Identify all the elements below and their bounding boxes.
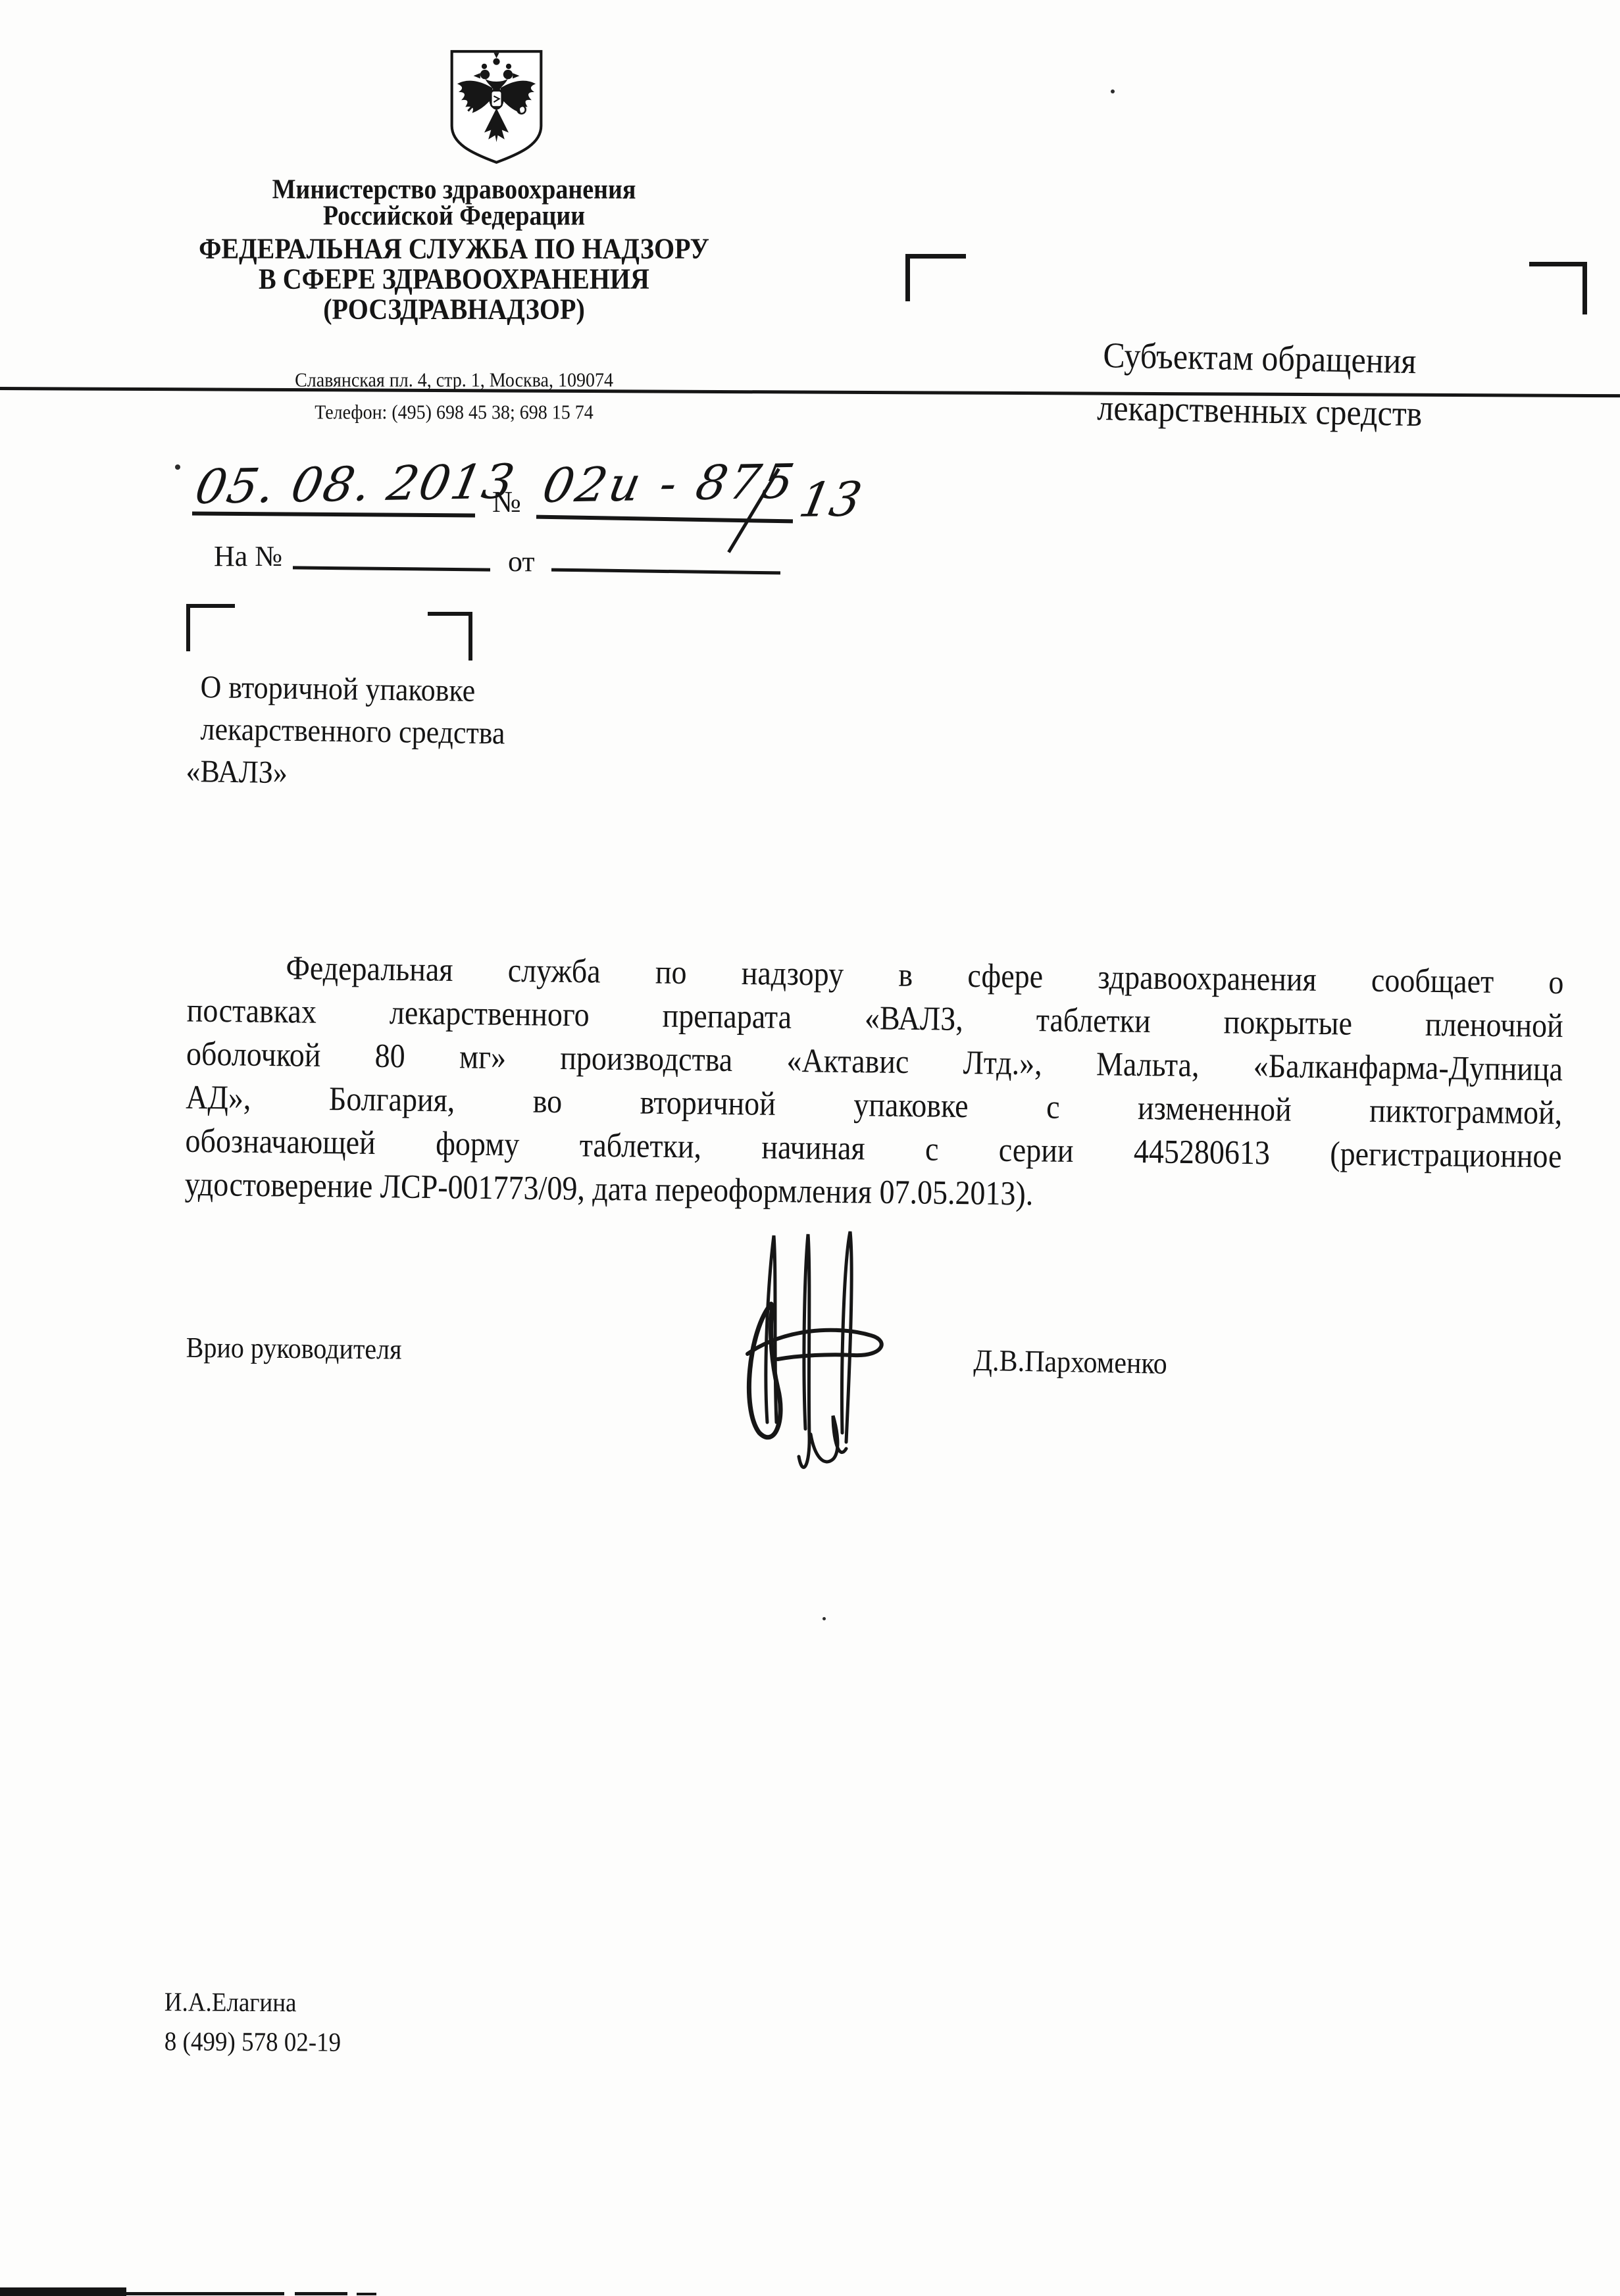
reply-number-label: На № [214, 539, 282, 573]
agency-name-line2: В СФЕРЕ ЗДРАВООХРАНЕНИЯ [92, 262, 816, 296]
outgoing-number-suffix-handwritten: 13 [795, 471, 866, 528]
corner-bracket-subject-right-icon [468, 612, 472, 661]
recipient-block: Субъектам обращения лекарственных средст… [987, 0, 1533, 461]
reply-from-label: от [508, 545, 535, 578]
reply-date-blank-line [551, 568, 780, 575]
number-underline [536, 515, 793, 524]
scan-speck [175, 464, 180, 470]
signer-title: Врио руководителя [186, 1330, 402, 1366]
corner-bracket-subject-left-icon [186, 604, 235, 608]
outgoing-number-handwritten: 02и - 875 [538, 453, 801, 513]
signer-name: Д.В.Пархоменко [973, 1343, 1167, 1382]
corner-bracket-top-right-icon [1582, 262, 1587, 314]
executor-name: И.А.Елагина [165, 1987, 297, 2018]
scan-edge-artifact [0, 2287, 126, 2296]
date-underline [192, 511, 475, 517]
corner-bracket-top-left-icon [905, 254, 966, 259]
agency-name-line1: ФЕДЕРАЛЬНАЯ СЛУЖБА ПО НАДЗОРУ [92, 232, 816, 266]
recipient-line1: Субъектам обращения [986, 332, 1533, 384]
outgoing-date-handwritten: 05. 08. 2013 [191, 454, 520, 514]
subject-line2: лекарственного средства [200, 711, 505, 752]
handwritten-signature [737, 1225, 908, 1488]
scan-edge-artifact [357, 2293, 376, 2295]
body-paragraph: Федеральная служба по надзору в сфере зд… [185, 945, 1564, 1221]
scan-speck [1111, 89, 1115, 93]
scan-speck [823, 1617, 826, 1620]
subject-line3: «ВАЛЗ» [186, 753, 288, 791]
corner-bracket-subject-left-icon [186, 604, 190, 651]
subject-line1: О вторичной упаковке [200, 668, 475, 709]
agency-name-line3: (РОСЗДРАВНАДЗОР) [92, 292, 816, 326]
reply-number-blank-line [293, 566, 490, 571]
executor-phone: 8 (499) 578 02-19 [165, 2026, 341, 2059]
number-sign: № [492, 484, 521, 519]
corner-bracket-subject-right-icon [428, 612, 472, 616]
corner-bracket-top-left-icon [905, 254, 910, 301]
letterhead-phone: Телефон: (495) 698 45 38; 698 15 74 [92, 401, 816, 424]
corner-bracket-top-right-icon [1529, 262, 1587, 266]
ministry-name-line2: Российской Федерации [92, 200, 816, 232]
scan-edge-artifact [126, 2292, 284, 2295]
scanned-letter-page: Министерство здравоохранения Российской … [0, 0, 1620, 2296]
recipient-line2: лекарственных средств [986, 384, 1533, 437]
scan-edge-artifact [295, 2292, 347, 2295]
